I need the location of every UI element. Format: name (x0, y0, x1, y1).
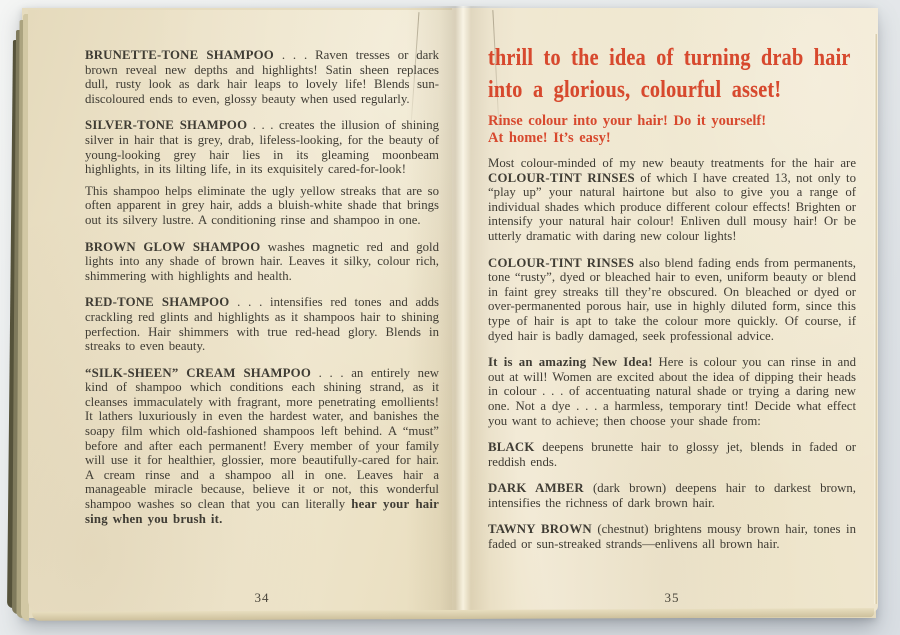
paragraph: “SILK-SHEEN” CREAM SHAMPOO . . . an enti… (85, 366, 439, 527)
paragraph: BROWN GLOW SHAMPOO washes magnetic red a… (85, 240, 439, 284)
book-spread: BRUNETTE-TONE SHAMPOO . . . Raven tresse… (10, 6, 878, 622)
paragraph: COLOUR-TINT RINSES also blend fading end… (488, 256, 856, 344)
page-number-left: 34 (85, 590, 439, 606)
paragraph: BRUNETTE-TONE SHAMPOO . . . Raven tresse… (85, 48, 439, 106)
bold-text: BRUNETTE-TONE SHAMPOO (85, 48, 274, 62)
body-text: Most colour-minded of my new beauty trea… (488, 156, 856, 170)
bold-text: DARK AMBER (488, 481, 584, 495)
paragraph: This shampoo helps eliminate the ugly ye… (85, 184, 439, 228)
paragraph: DARK AMBER (dark brown) deepens hair to … (488, 481, 856, 510)
paragraph: BLACK deepens brunette hair to glossy je… (488, 440, 856, 469)
body-text: This shampoo helps eliminate the ugly ye… (85, 184, 439, 227)
page-left-text: BRUNETTE-TONE SHAMPOO . . . Raven tresse… (85, 48, 439, 526)
body-text: . . . an entirely new kind of shampoo wh… (85, 366, 439, 511)
bold-text: COLOUR-TINT RINSES (488, 256, 634, 270)
subheadline: Rinse colour into your hair! Do it yours… (488, 113, 856, 146)
bold-text: It is an amazing New Idea! (488, 355, 653, 369)
paragraph: Most colour-minded of my new beauty trea… (488, 156, 856, 244)
bold-text: BLACK (488, 440, 535, 454)
paragraph: TAWNY BROWN (chestnut) brightens mousy b… (488, 522, 856, 551)
paragraph: RED-TONE SHAMPOO . . . intensifies red t… (85, 295, 439, 353)
body-text: deepens brunette hair to glossy jet, ble… (488, 440, 856, 469)
page-right-text: thrill to the idea of turning drab hair … (488, 42, 856, 552)
bold-text: COLOUR-TINT RINSES (488, 171, 635, 185)
colour-tint-paragraph-list: Most colour-minded of my new beauty trea… (488, 156, 856, 552)
headline: thrill to the idea of turning drab hair … (488, 42, 851, 106)
bold-text: TAWNY BROWN (488, 522, 592, 536)
shampoo-paragraph-list: BRUNETTE-TONE SHAMPOO . . . Raven tresse… (85, 48, 439, 526)
bold-text: SILVER-TONE SHAMPOO (85, 118, 247, 132)
bold-text: “SILK-SHEEN” CREAM SHAMPOO (85, 366, 311, 380)
paragraph: SILVER-TONE SHAMPOO . . . creates the il… (85, 118, 439, 176)
paragraph: It is an amazing New Idea! Here is colou… (488, 355, 856, 428)
bold-text: BROWN GLOW SHAMPOO (85, 240, 260, 254)
bold-text: RED-TONE SHAMPOO (85, 295, 229, 309)
page-number-right: 35 (488, 590, 856, 606)
